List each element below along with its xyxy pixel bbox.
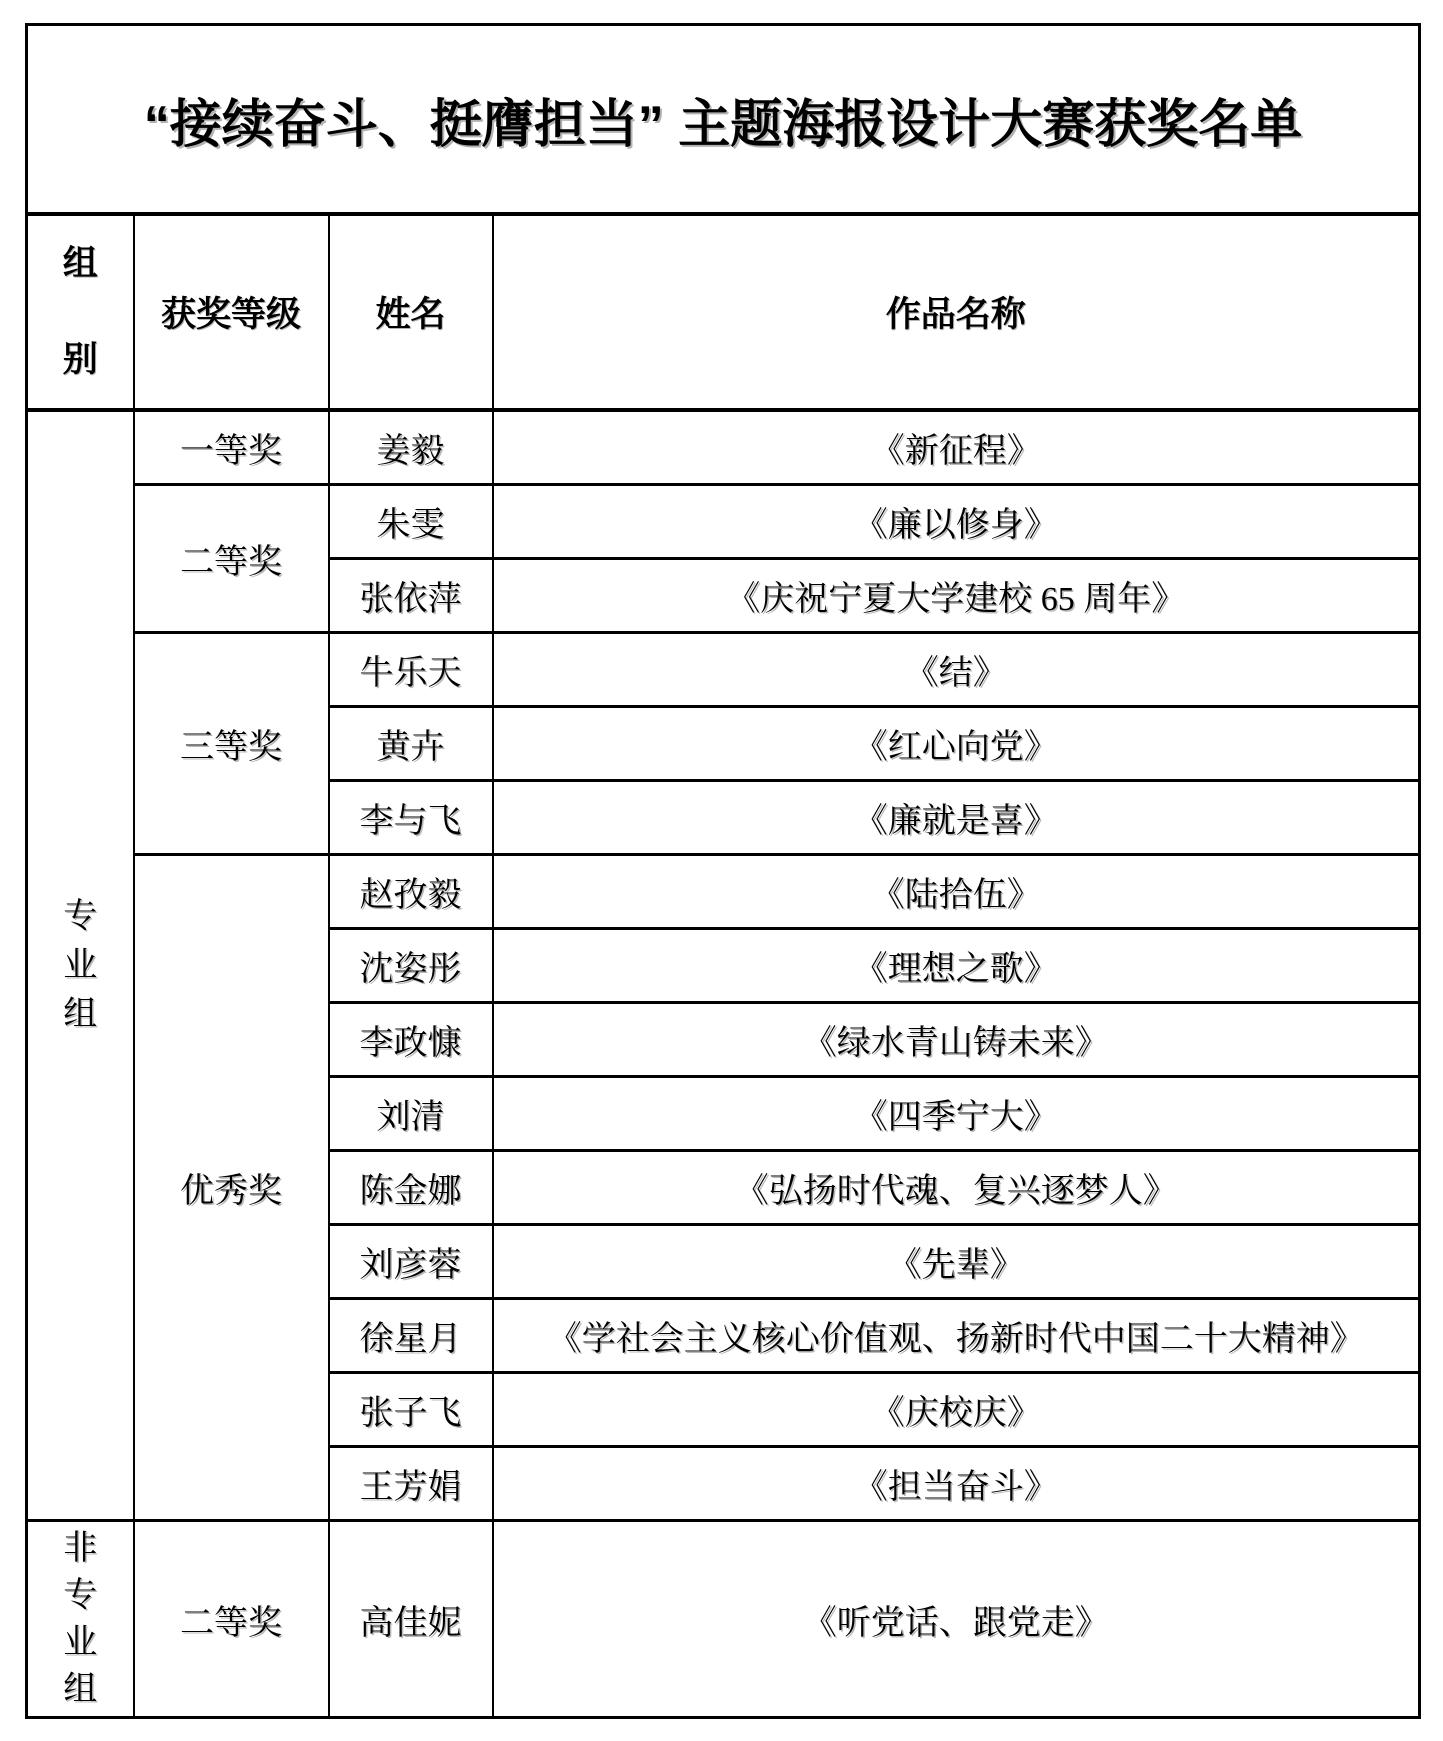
winner-name-cell: 陈金娜 [329,1151,493,1225]
work-title-cell: 《学社会主义核心价值观、扬新时代中国二十大精神》 [493,1299,1420,1373]
work-title-cell: 《四季宁大》 [493,1077,1420,1151]
winner-name-cell: 高佳妮 [329,1521,493,1718]
table-row: 二等奖 朱雯 《廉以修身》 [27,485,1420,559]
work-title-cell: 《陆拾伍》 [493,855,1420,929]
winner-name-cell: 刘彦蓉 [329,1225,493,1299]
work-title-cell: 《廉以修身》 [493,485,1420,559]
winner-name-cell: 沈姿彤 [329,929,493,1003]
table-row: 优秀奖 赵孜毅 《陆拾伍》 [27,855,1420,929]
document-title: “接续奋斗、挺膺担当” 主题海报设计大赛获奖名单 [27,25,1420,215]
winner-name-cell: 王芳娟 [329,1447,493,1521]
winner-name-cell: 李政慷 [329,1003,493,1077]
work-title-cell: 《庆祝宁夏大学建校 65 周年》 [493,559,1420,633]
work-title-cell: 《红心向党》 [493,707,1420,781]
winner-name-cell: 徐星月 [329,1299,493,1373]
winner-name-cell: 张子飞 [329,1373,493,1447]
award-level-cell: 一等奖 [134,410,329,485]
winner-name-cell: 黄卉 [329,707,493,781]
title-row: “接续奋斗、挺膺担当” 主题海报设计大赛获奖名单 [27,25,1420,215]
work-title-cell: 《先辈》 [493,1225,1420,1299]
column-header-row: 组 别 获奖等级 姓名 作品名称 [27,214,1420,410]
work-title-cell: 《弘扬时代魂、复兴逐梦人》 [493,1151,1420,1225]
work-title-cell: 《廉就是喜》 [493,781,1420,855]
winner-name-cell: 张依萍 [329,559,493,633]
column-header-name: 姓名 [329,214,493,410]
awards-table: “接续奋斗、挺膺担当” 主题海报设计大赛获奖名单 组 别 获奖等级 姓名 作品名… [25,23,1421,1719]
work-title-cell: 《担当奋斗》 [493,1447,1420,1521]
group-label-non-professional: 非 专 业 组 [27,1521,134,1718]
winner-name-cell: 姜毅 [329,410,493,485]
award-level-cell: 优秀奖 [134,855,329,1521]
winner-name-cell: 刘清 [329,1077,493,1151]
award-level-cell: 三等奖 [134,633,329,855]
work-title-cell: 《结》 [493,633,1420,707]
work-title-cell: 《庆校庆》 [493,1373,1420,1447]
column-header-group: 组 别 [27,214,134,410]
group-label-professional: 专 业 组 [27,410,134,1521]
work-title-cell: 《理想之歌》 [493,929,1420,1003]
winner-name-cell: 赵孜毅 [329,855,493,929]
table-row: 非 专 业 组 二等奖 高佳妮 《听党话、跟党走》 [27,1521,1420,1718]
document-title-text: “接续奋斗、挺膺担当” 主题海报设计大赛获奖名单 [144,96,1302,154]
table-row: 专 业 组 一等奖 姜毅 《新征程》 [27,410,1420,485]
winner-name-cell: 朱雯 [329,485,493,559]
column-header-award-level: 获奖等级 [134,214,329,410]
winner-name-cell: 李与飞 [329,781,493,855]
work-title-cell: 《绿水青山铸未来》 [493,1003,1420,1077]
work-title-cell: 《听党话、跟党走》 [493,1521,1420,1718]
award-level-cell: 二等奖 [134,485,329,633]
work-title-cell: 《新征程》 [493,410,1420,485]
award-level-cell: 二等奖 [134,1521,329,1718]
table-row: 三等奖 牛乐天 《结》 [27,633,1420,707]
column-header-work-title: 作品名称 [493,214,1420,410]
winner-name-cell: 牛乐天 [329,633,493,707]
